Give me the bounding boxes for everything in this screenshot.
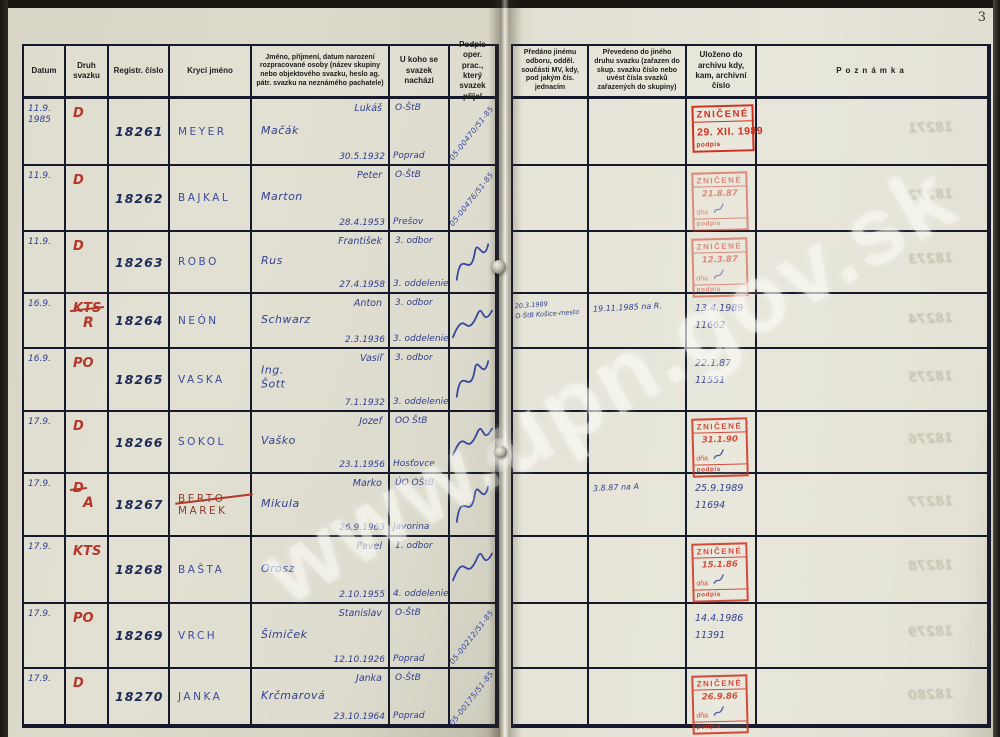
archive-line: 22.1.87 (695, 355, 731, 372)
archive-line: 11662 (695, 317, 743, 334)
col-predano (513, 166, 589, 232)
col-podpis: 05-00175/51-85 (450, 669, 497, 726)
surname-text: Mačák (261, 123, 299, 138)
operative-signature (447, 476, 498, 533)
col-druh-svazku: D (66, 99, 109, 166)
holder-unit: O-ŠtB (395, 608, 421, 618)
cover-name: BAŠTA (178, 564, 250, 576)
datum-text: 11.9. (28, 104, 64, 115)
operative-signature (447, 234, 498, 291)
col-prevedeno (589, 99, 687, 166)
col-kryci-jmeno: ROBO (170, 232, 252, 294)
col-druh-svazku: D (66, 232, 109, 294)
ink-ghost-number: 18277 (908, 494, 954, 511)
druh-corrected-text: A (83, 495, 107, 511)
stamp-title: ZNIČENÉ (693, 106, 751, 123)
first-name: František (338, 236, 382, 247)
surname-text: Krčmarová (261, 688, 325, 703)
date-of-birth: 7.1.1932 (345, 398, 385, 408)
col-ulozeno: 22.1.8711551 (687, 349, 757, 412)
druh-text: D (73, 173, 84, 188)
converted-line: 3.8.87 na A (593, 481, 640, 496)
registration-number: 18270 (115, 689, 164, 704)
znicene-stamp: ZNIČENÉ21.8.87dňapodpis (691, 171, 749, 231)
col-prevedeno (589, 232, 687, 294)
col-podpis: 05-00470/51-85 (450, 99, 497, 166)
stamp-podpis-label: podpis (694, 139, 752, 151)
registration-number: 18268 (115, 562, 164, 577)
surname-text: Šott (261, 378, 285, 393)
ink-ghost-number: 18273 (908, 252, 954, 269)
col-ulozeno: ZNIČENÉ21.8.87dňapodpis (687, 166, 757, 232)
converted-to-text: 3.8.87 na A (593, 481, 640, 496)
date-of-birth: 12.10.1926 (333, 655, 385, 665)
col-prevedeno (589, 412, 687, 474)
surname-lines: Mačák (261, 123, 299, 138)
col-predano (513, 99, 589, 166)
scanned-registry-page: { "page_number": "3", "watermark": "www.… (0, 0, 1000, 737)
col-predano (513, 669, 589, 726)
first-name: Peter (357, 170, 382, 181)
col-poznamka: 18279 (757, 604, 989, 669)
col-predano (513, 604, 589, 669)
surname-text: Mikula (261, 496, 300, 511)
archive-line: 11391 (695, 627, 743, 644)
cover-name: SOKOL (178, 436, 250, 448)
first-name: Marko (353, 478, 382, 489)
registration-number: 18266 (115, 435, 164, 450)
datum-text: 17.9. (28, 417, 64, 428)
col-u-koho: O-ŠtBPoprad (390, 99, 450, 166)
operative-signature (447, 538, 500, 596)
druh-text: D (73, 419, 84, 434)
holder-unit: OO ŠtB (395, 416, 427, 426)
col-druh-svazku: KTSR (66, 294, 109, 349)
stamp-dna-label: dňa (696, 209, 708, 216)
stamp-handwritten-date: 12.3.87 (694, 252, 746, 267)
holder-location: Hosťovce (393, 459, 435, 469)
col-prevedeno (589, 669, 687, 726)
scan-edge-top (0, 0, 1000, 8)
holder-location: Poprad (393, 711, 425, 721)
col-druh-svazku: D (66, 412, 109, 474)
stamp-dna-row: dňa (694, 703, 746, 722)
col-u-koho: OO ŠtBHosťovce (390, 412, 450, 474)
datum-text: 17.9. (28, 609, 64, 620)
stamp-date: 29. XII. 1989 (694, 121, 752, 141)
ink-ghost-number: 18274 (908, 311, 954, 328)
first-name: Vasiľ (360, 353, 382, 364)
ink-ghost-number: 18272 (908, 187, 954, 204)
holder-unit: O-ŠtB (395, 673, 421, 683)
col-prevedeno (589, 604, 687, 669)
col-kryci-jmeno: VASKA (170, 349, 252, 412)
druh-text: D (73, 106, 84, 121)
header-ukoho: U koho se svazek nachází (390, 46, 450, 99)
surname-text: Vaško (261, 434, 296, 449)
holder-location: 4. oddelenie (393, 589, 449, 599)
col-u-koho: 3. odbor3. oddelenie (390, 232, 450, 294)
col-druh-svazku: PO (66, 604, 109, 669)
col-datum: 17.9. (24, 474, 66, 537)
surname-text: Rus (261, 254, 283, 269)
ink-ghost-number: 18271 (908, 120, 954, 137)
col-predano (513, 412, 589, 474)
date-of-birth: 26.9.1963 (339, 523, 385, 533)
stamp-dna-row: dňa (694, 571, 746, 590)
archive-entry: 13.4.198911662 (695, 300, 743, 334)
holder-unit: O-ŠtB (395, 103, 421, 113)
col-ulozeno: ZNIČENÉ26.9.86dňapodpis (687, 669, 757, 726)
stamp-handwritten-date: 21.8.87 (694, 186, 746, 201)
datum-text: 17.9. (28, 479, 64, 490)
datum-text: 16.9. (28, 354, 64, 365)
col-kryci-jmeno: BERTOMAREK (170, 474, 252, 537)
druh-text: D (73, 676, 84, 691)
operative-signature (447, 351, 498, 408)
col-poznamka: 18277 (757, 474, 989, 537)
col-u-koho: O-ŠtBPoprad (390, 669, 450, 726)
file-code-signature: 05-00470/51-85 (448, 106, 494, 162)
col-poznamka: 18278 (757, 537, 989, 604)
col-jmeno-osoby: AntonSchwarz2.3.1936 (252, 294, 390, 349)
ink-ghost-number: 18279 (908, 625, 954, 642)
archive-line: 11694 (695, 497, 743, 514)
surname-lines: Orosz (261, 561, 295, 576)
col-poznamka: 18273 (757, 232, 989, 294)
operative-signature (447, 295, 500, 353)
registration-number: 18265 (115, 372, 164, 387)
col-predano: 20.3.1989O-ŠtB Košice-mesto (513, 294, 589, 349)
col-u-koho: 1. odbor4. oddelenie (390, 537, 450, 604)
holder-location: Prešov (393, 217, 423, 227)
col-prevedeno (589, 166, 687, 232)
col-poznamka: 18276 (757, 412, 989, 474)
znicene-stamp: ZNIČENÉ15.1.86dňapodpis (691, 542, 749, 602)
datum-text: 17.9. (28, 542, 64, 553)
scan-edge-left (0, 0, 8, 737)
col-ulozeno: 14.4.198611391 (687, 604, 757, 669)
stamp-dna-row: dňa (694, 446, 746, 465)
col-prevedeno (589, 537, 687, 604)
znicene-stamp: ZNIČENÉ12.3.87dňapodpis (691, 237, 749, 297)
holder-unit: 3. odbor (395, 298, 433, 308)
cover-name: MEYER (178, 126, 250, 138)
surname-text: Marton (261, 190, 303, 205)
znicene-stamp: ZNIČENÉ26.9.86dňapodpis (691, 674, 749, 734)
cover-name: NEÓN (178, 315, 250, 327)
header-podpis: Podpis oper. prac., který svazek přijal (450, 46, 497, 99)
ink-ghost-number: 18280 (908, 687, 954, 704)
col-datum: 17.9. (24, 604, 66, 669)
col-prevedeno: 3.8.87 na A (589, 474, 687, 537)
stamp-dna-label: dňa (696, 580, 708, 587)
date-of-birth: 30.5.1932 (339, 152, 385, 162)
holder-unit: 3. odbor (395, 353, 433, 363)
stamp-signature-tick (712, 268, 726, 282)
col-registracni-cislo: 18270 (109, 669, 170, 726)
holder-location: Poprad (393, 654, 425, 664)
cover-name: BAJKAL (178, 192, 250, 204)
ink-ghost-number: 18276 (908, 432, 954, 449)
registry-table-left: DatumDruh svazkuRegistr. čísloKrycí jmén… (22, 44, 499, 728)
cover-name: ROBO (178, 256, 250, 268)
first-name: Pavel (356, 541, 382, 552)
stamp-signature-tick (712, 202, 726, 216)
datum-text: 16.9. (28, 299, 64, 310)
col-ulozeno: 25.9.198911694 (687, 474, 757, 537)
col-jmeno-osoby: FrantišekRus27.4.1958 (252, 232, 390, 294)
archive-line: 25.9.1989 (695, 480, 743, 497)
stamp-dna-row: dňa (694, 200, 746, 219)
transferred-to-text: 20.3.1989O-ŠtB Košice-mesto (514, 298, 579, 322)
col-kryci-jmeno: VRCH (170, 604, 252, 669)
col-registracni-cislo: 18263 (109, 232, 170, 294)
holder-location: 3. oddelenie (393, 279, 449, 289)
surname-lines: Ing.Šott (261, 363, 285, 393)
registration-number: 18267 (115, 497, 164, 512)
header-druh: Druh svazku (66, 46, 109, 99)
registration-number: 18263 (115, 255, 164, 270)
col-registracni-cislo: 18269 (109, 604, 170, 669)
col-poznamka: 18272 (757, 166, 989, 232)
cover-name-corrected: MAREK (178, 505, 250, 517)
col-jmeno-osoby: VasiľIng.Šott7.1.1932 (252, 349, 390, 412)
col-ulozeno: ZNIČENÉ31.1.90dňapodpis (687, 412, 757, 474)
col-ulozeno: ZNIČENÉ15.1.86dňapodpis (687, 537, 757, 604)
surname-text: Orosz (261, 561, 295, 576)
surname-text: Schwarz (261, 312, 311, 327)
cover-name: JANKA (178, 691, 250, 703)
stamp-handwritten-date: 26.9.86 (694, 689, 746, 704)
col-ulozeno: ZNIČENÉ12.3.87dňapodpis (687, 232, 757, 294)
registry-table-right: Předáno jinému odboru, odděl. součásti M… (511, 44, 991, 728)
col-datum: 11.9. (24, 232, 66, 294)
header-jmeno: Jméno, příjmení, datum narození rozpraco… (252, 46, 390, 99)
col-prevedeno (589, 349, 687, 412)
datum-text: 11.9. (28, 237, 64, 248)
header-prevedeno: Převedeno do jiného druhu svazku (zařaze… (589, 46, 687, 99)
col-predano (513, 349, 589, 412)
surname-lines: Krčmarová (261, 688, 325, 703)
col-podpis: 05-00476/51-85 (450, 166, 497, 232)
datum-text: 11.9. (28, 171, 64, 182)
surname-lines: Rus (261, 254, 283, 269)
col-kryci-jmeno: NEÓN (170, 294, 252, 349)
ink-ghost-number: 18275 (908, 369, 954, 386)
holder-unit: 1. odbor (395, 541, 433, 551)
col-datum: 16.9. (24, 294, 66, 349)
col-kryci-jmeno: JANKA (170, 669, 252, 726)
stamp-handwritten-date: 31.1.90 (694, 432, 746, 447)
file-code-signature: 05-00175/51-85 (448, 671, 494, 727)
col-prevedeno: 19.11.1985 na R. (589, 294, 687, 349)
col-poznamka: 18275 (757, 349, 989, 412)
druh-text: PO (73, 611, 94, 626)
druh-text: KTS (73, 301, 101, 316)
registration-number: 18269 (115, 628, 164, 643)
znicene-stamp: ZNIČENÉ29. XII. 1989podpis (691, 104, 754, 153)
date-of-birth: 2.10.1955 (339, 590, 385, 600)
date-of-birth: 23.1.1956 (339, 460, 385, 470)
col-kryci-jmeno: BAJKAL (170, 166, 252, 232)
header-registr: Registr. číslo (109, 46, 170, 99)
file-code-signature: 05-00476/51-85 (448, 172, 494, 228)
date-of-birth: 23.10.1964 (333, 712, 385, 722)
converted-to-text: 19.11.1985 na R. (593, 300, 663, 316)
col-kryci-jmeno: MEYER (170, 99, 252, 166)
col-registracni-cislo: 18266 (109, 412, 170, 474)
col-jmeno-osoby: MarkoMikula26.9.1963 (252, 474, 390, 537)
registration-number: 18261 (115, 124, 164, 139)
cover-name: BERTO (178, 493, 250, 505)
datum-text: 17.9. (28, 674, 64, 685)
ledger-page-left: DatumDruh svazkuRegistr. čísloKrycí jmén… (8, 8, 500, 737)
col-kryci-jmeno: SOKOL (170, 412, 252, 474)
stamp-signature-tick (712, 705, 726, 719)
cover-name: VASKA (178, 374, 250, 386)
col-predano (513, 537, 589, 604)
converted-line: 19.11.1985 na R. (593, 300, 663, 316)
col-u-koho: O-ŠtBPoprad (390, 604, 450, 669)
first-name: Jozef (359, 416, 382, 427)
surname-lines: Vaško (261, 434, 296, 449)
surname-text: Ing. (261, 363, 285, 378)
col-datum: 11.9. (24, 166, 66, 232)
archive-entry: 22.1.8711551 (695, 355, 731, 389)
col-u-koho: 3. odbor3. oddelenie (390, 349, 450, 412)
col-podpis (450, 294, 497, 349)
holder-unit: 3. odbor (395, 236, 433, 246)
col-poznamka: 18271 (757, 99, 989, 166)
stamp-dna-label: dňa (696, 275, 708, 282)
col-ulozeno: ZNIČENÉ29. XII. 1989podpis (687, 99, 757, 166)
stamp-dna-row: dňa (694, 266, 746, 285)
col-datum: 17.9. (24, 412, 66, 474)
archive-entry: 14.4.198611391 (695, 610, 743, 644)
header-kryci: Krycí jméno (170, 46, 252, 99)
holder-location: Javorina (393, 522, 429, 532)
stamp-dna-label: dňa (696, 455, 708, 462)
first-name: Lukáš (354, 103, 382, 114)
holder-location: 3. oddelenie (393, 334, 449, 344)
col-ulozeno: 13.4.198911662 (687, 294, 757, 349)
col-predano (513, 474, 589, 537)
col-druh-svazku: D (66, 166, 109, 232)
col-registracni-cislo: 18261 (109, 99, 170, 166)
col-registracni-cislo: 18268 (109, 537, 170, 604)
first-name: Stanislav (339, 608, 382, 619)
col-jmeno-osoby: StanislavŠimiček12.10.1926 (252, 604, 390, 669)
druh-text: D (73, 239, 84, 254)
binding-grommet-bottom (495, 446, 507, 458)
surname-lines: Šimiček (261, 627, 308, 642)
col-u-koho: ÚO OŠtBJavorina (390, 474, 450, 537)
col-poznamka: 18280 (757, 669, 989, 726)
file-code-signature: 05-00212/51-85 (448, 610, 494, 666)
col-jmeno-osoby: LukášMačák30.5.1932 (252, 99, 390, 166)
col-jmeno-osoby: JankaKrčmarová23.10.1964 (252, 669, 390, 726)
col-podpis (450, 474, 497, 537)
druh-corrected-text: R (83, 315, 107, 331)
znicene-stamp: ZNIČENÉ31.1.90dňapodpis (691, 417, 749, 477)
col-u-koho: O-ŠtBPrešov (390, 166, 450, 232)
datum-text: 1985 (28, 115, 64, 126)
archive-line: 11551 (695, 372, 731, 389)
surname-text: Šimiček (261, 627, 308, 642)
druh-text: KTS (73, 544, 101, 559)
surname-lines: Mikula (261, 496, 300, 511)
druh-text: PO (73, 356, 94, 371)
scan-edge-right (993, 0, 1000, 737)
col-datum: 17.9. (24, 537, 66, 604)
archive-line: 14.4.1986 (695, 610, 743, 627)
header-datum: Datum (24, 46, 66, 99)
col-datum: 11.9.1985 (24, 99, 66, 166)
date-of-birth: 27.4.1958 (339, 280, 385, 290)
col-jmeno-osoby: PeterMarton28.4.1953 (252, 166, 390, 232)
col-druh-svazku: D (66, 669, 109, 726)
holder-location: 3. oddelenie (393, 397, 449, 407)
col-predano (513, 232, 589, 294)
col-registracni-cislo: 18264 (109, 294, 170, 349)
col-kryci-jmeno: BAŠTA (170, 537, 252, 604)
binding-grommet-top (492, 260, 506, 274)
ledger-page-right: 3 Předáno jinému odboru, odděl. součásti… (500, 8, 993, 737)
holder-unit: O-ŠtB (395, 170, 421, 180)
stamp-signature-tick (712, 448, 726, 462)
stamp-podpis-label: podpis (694, 218, 746, 229)
col-registracni-cislo: 18267 (109, 474, 170, 537)
ink-ghost-number: 18278 (908, 558, 954, 575)
header-predano: Předáno jinému odboru, odděl. součásti M… (513, 46, 589, 99)
registration-number: 18264 (115, 313, 164, 328)
col-podpis (450, 349, 497, 412)
page-number: 3 (978, 10, 986, 25)
stamp-signature-tick (712, 573, 726, 587)
header-poznamka: Poznámka (757, 46, 989, 99)
col-podpis: 05-00212/51-85 (450, 604, 497, 669)
first-name: Janka (356, 673, 382, 684)
col-podpis (450, 537, 497, 604)
col-datum: 16.9. (24, 349, 66, 412)
col-druh-svazku: DA (66, 474, 109, 537)
date-of-birth: 2.3.1936 (345, 335, 385, 345)
col-registracni-cislo: 18262 (109, 166, 170, 232)
archive-entry: 25.9.198911694 (695, 480, 743, 514)
col-druh-svazku: PO (66, 349, 109, 412)
stamp-podpis-label: podpis (694, 589, 746, 600)
surname-lines: Schwarz (261, 312, 311, 327)
col-druh-svazku: KTS (66, 537, 109, 604)
header-ulozeno: Uloženo do archivu kdy, kam, archivní čí… (687, 46, 757, 99)
col-jmeno-osoby: PavelOrosz2.10.1955 (252, 537, 390, 604)
surname-lines: Marton (261, 190, 303, 205)
col-registracni-cislo: 18265 (109, 349, 170, 412)
col-jmeno-osoby: JozefVaško23.1.1956 (252, 412, 390, 474)
stamp-dna-label: dňa (696, 712, 708, 719)
registration-number: 18262 (115, 191, 164, 206)
stamp-podpis-label: podpis (694, 721, 746, 732)
archive-line: 13.4.1989 (695, 300, 743, 317)
col-u-koho: 3. odbor3. oddelenie (390, 294, 450, 349)
first-name: Anton (354, 298, 382, 309)
druh-text: D (73, 481, 84, 496)
date-of-birth: 28.4.1953 (339, 218, 385, 228)
cover-name: VRCH (178, 630, 250, 642)
col-datum: 17.9. (24, 669, 66, 726)
holder-unit: ÚO OŠtB (395, 478, 434, 488)
